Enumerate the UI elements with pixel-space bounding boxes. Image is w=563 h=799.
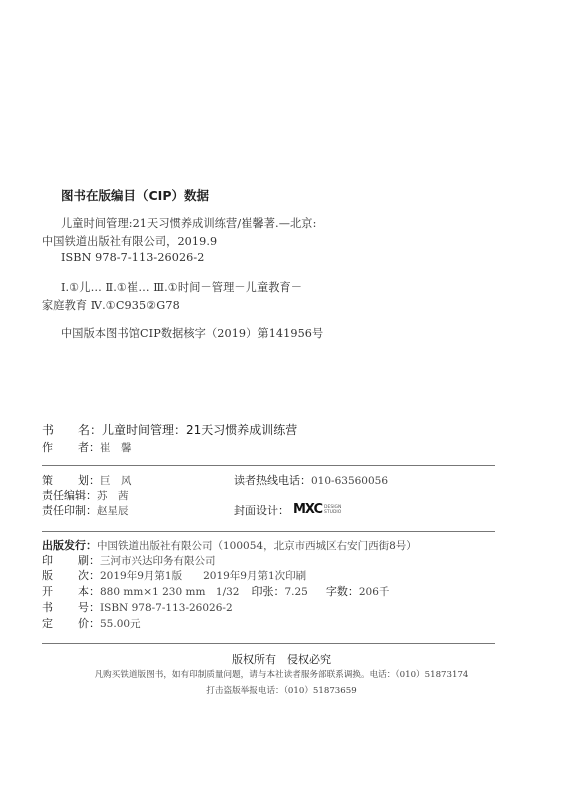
label: 开 bbox=[42, 585, 53, 598]
price-value: 55.00元 bbox=[100, 618, 141, 630]
book-title-row: 书名：儿童时间管理：21天习惯养成训练营 bbox=[42, 423, 297, 437]
cip-line-verification: 中国版本图书馆CIP数据核字（2019）第141956号 bbox=[61, 325, 323, 341]
label: 书 bbox=[42, 423, 54, 437]
label: 定 bbox=[42, 617, 53, 630]
label: 划： bbox=[78, 474, 100, 487]
cip-line-isbn: ISBN 978-7-113-26026-2 bbox=[61, 251, 205, 264]
label: 号： bbox=[78, 601, 100, 614]
label: 责任印制： bbox=[42, 504, 97, 517]
planner-name: 巨 风 bbox=[100, 475, 132, 487]
label: 策 bbox=[42, 474, 53, 487]
hotline-row: 读者热线电话：010-63560056 bbox=[234, 473, 388, 487]
label: 作 bbox=[42, 441, 53, 454]
label: 出版发行： bbox=[42, 539, 97, 552]
mxc-design-logo: MXC DESIGNSTUDIO bbox=[293, 503, 341, 517]
divider bbox=[42, 465, 495, 466]
publisher-row: 出版发行：中国铁道出版社有限公司（100054，北京市西城区右安门西街8号） bbox=[42, 538, 417, 552]
isbn-value: ISBN 978-7-113-26026-2 bbox=[100, 602, 233, 614]
label: 者： bbox=[78, 441, 100, 454]
cip-line-classification-1: Ⅰ.①儿… Ⅱ.①崔… Ⅲ.①时间－管理－儿童教育－ bbox=[61, 279, 302, 295]
edition-value: 2019年9月第1版 2019年9月第1次印刷 bbox=[100, 570, 306, 582]
label: 字数： bbox=[326, 585, 359, 598]
printer-row: 印刷：三河市兴达印务有限公司 bbox=[42, 553, 216, 567]
words-value: 206千 bbox=[359, 586, 390, 598]
cip-title: 图书在版编目（CIP）数据 bbox=[61, 186, 209, 204]
author-row: 作者：崔 馨 bbox=[42, 440, 132, 454]
planner-row: 策划：巨 风 bbox=[42, 473, 132, 487]
print-manager-row: 责任印制：赵星辰 bbox=[42, 503, 129, 517]
label: 责任编辑： bbox=[42, 489, 97, 502]
cip-line-publisher: 中国铁道出版社有限公司，2019.9 bbox=[42, 233, 217, 249]
price-row: 定价：55.00元 bbox=[42, 616, 141, 630]
label: 刷： bbox=[78, 554, 100, 567]
hotline-number: 010-63560056 bbox=[311, 475, 388, 487]
cip-line-title: 儿童时间管理:21天习惯养成训练营/崔馨著.—北京: bbox=[61, 215, 316, 231]
author-name: 崔 馨 bbox=[100, 442, 132, 454]
label: 版 bbox=[42, 569, 53, 582]
piracy-hotline: 打击盗版举报电话：（010）51873659 bbox=[0, 684, 563, 696]
label: 名： bbox=[78, 423, 102, 437]
label: 书 bbox=[42, 601, 53, 614]
printer-value: 三河市兴达印务有限公司 bbox=[100, 555, 216, 567]
book-title: 儿童时间管理：21天习惯养成训练营 bbox=[102, 423, 297, 437]
publisher-value: 中国铁道出版社有限公司（100054，北京市西城区右安门西街8号） bbox=[97, 540, 417, 552]
format-value: 880 mm×1 230 mm 1/32 bbox=[100, 586, 239, 598]
logo-subtext: DESIGNSTUDIO bbox=[324, 505, 341, 515]
cover-design-row: 封面设计： MXC DESIGNSTUDIO bbox=[234, 503, 341, 517]
divider bbox=[42, 643, 495, 644]
editor-name: 苏 茜 bbox=[97, 490, 129, 502]
label: 读者热线电话： bbox=[234, 474, 311, 487]
editor-row: 责任编辑：苏 茜 bbox=[42, 488, 129, 502]
logo-mark: MXC bbox=[293, 503, 322, 517]
label: 印张： bbox=[251, 585, 284, 598]
label: 本： bbox=[78, 585, 100, 598]
label: 次： bbox=[78, 569, 100, 582]
copyright-notice: 版权所有 侵权必究 bbox=[0, 651, 563, 667]
label: 价： bbox=[78, 617, 100, 630]
cip-line-classification-2: 家庭教育 Ⅳ.①C935②G78 bbox=[42, 297, 180, 313]
sheets-value: 7.25 bbox=[284, 586, 307, 598]
isbn-row: 书号：ISBN 978-7-113-26026-2 bbox=[42, 600, 233, 614]
edition-row: 版次：2019年9月第1版 2019年9月第1次印刷 bbox=[42, 568, 306, 582]
divider bbox=[42, 531, 495, 532]
format-row: 开本：880 mm×1 230 mm 1/32印张：7.25字数：206千 bbox=[42, 584, 389, 598]
quality-notice: 凡购买铁道版图书，如有印制质量问题，请与本社读者服务部联系调换。电话：（010）… bbox=[0, 668, 563, 680]
label: 封面设计： bbox=[234, 504, 289, 517]
label: 印 bbox=[42, 554, 53, 567]
print-manager-name: 赵星辰 bbox=[97, 505, 129, 517]
